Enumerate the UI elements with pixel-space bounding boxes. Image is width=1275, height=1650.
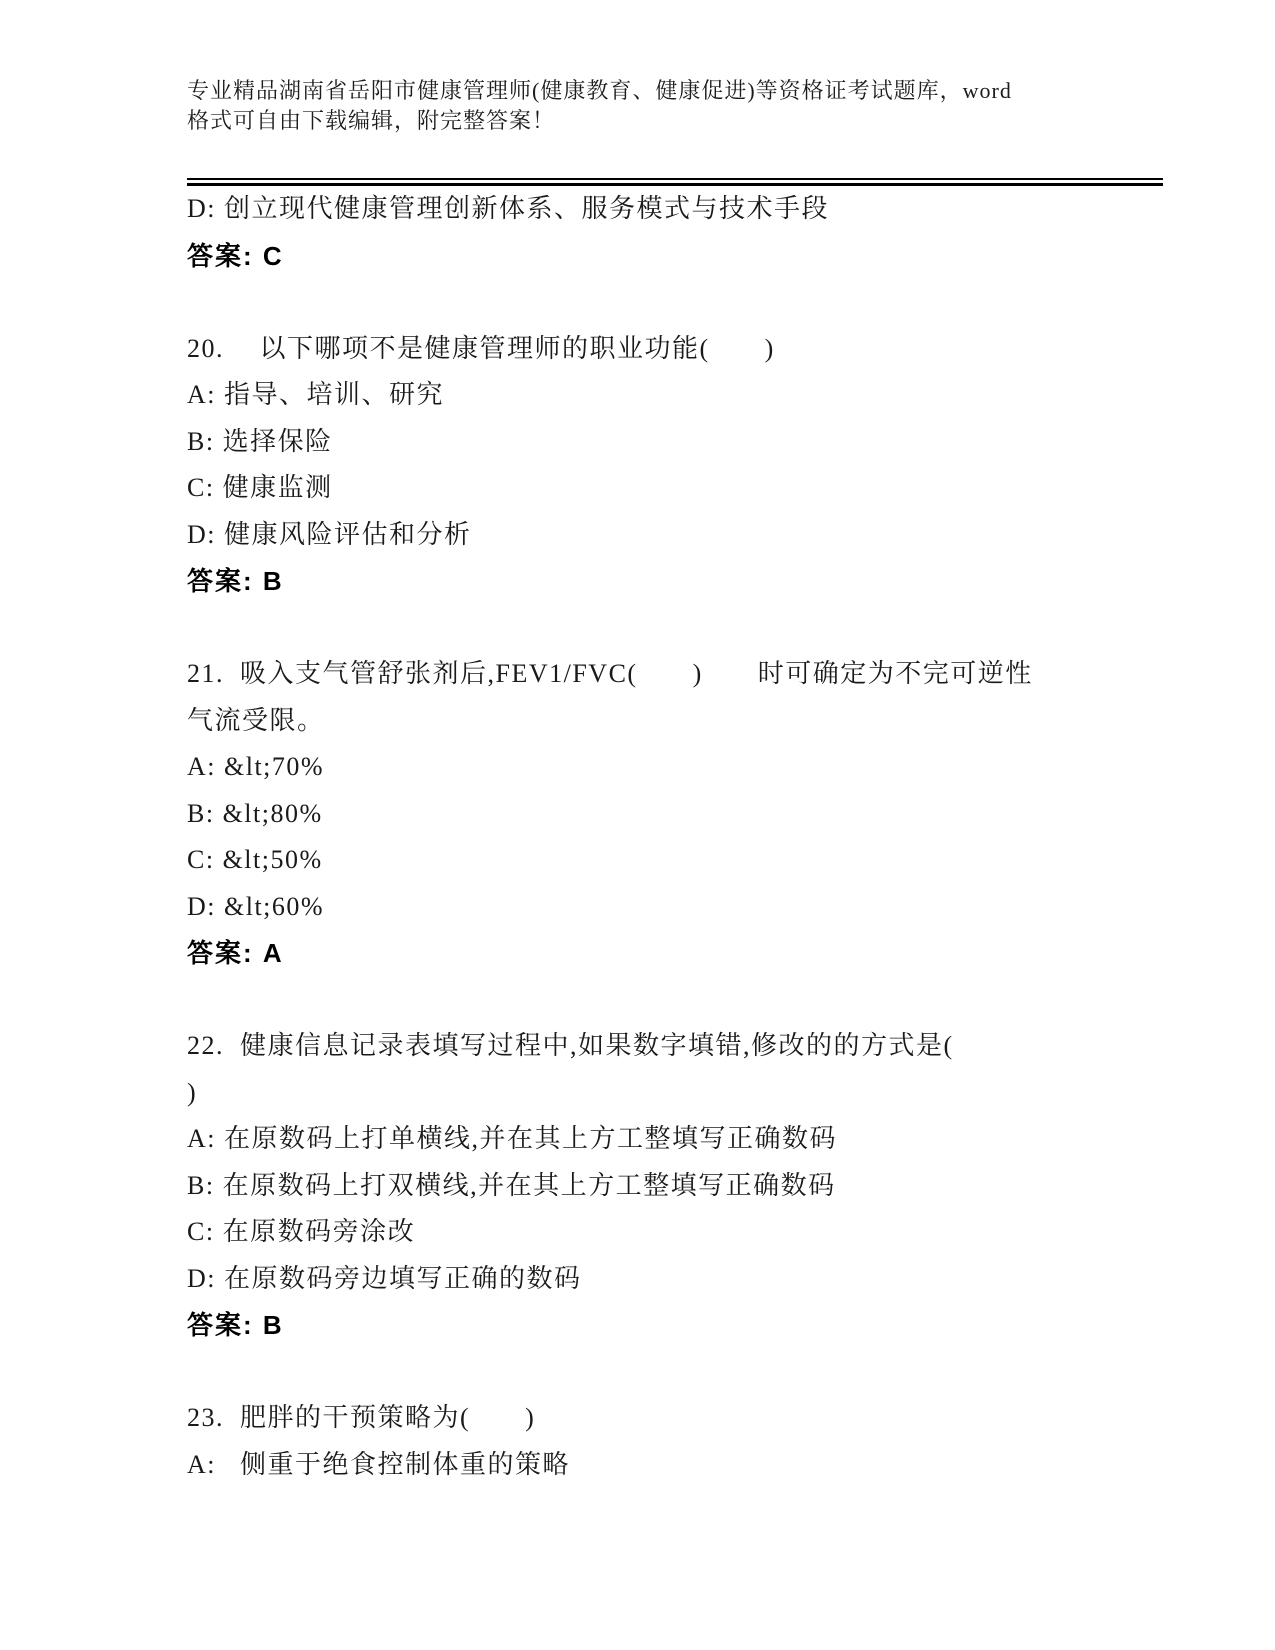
- question-19-option-d: D: 创立现代健康管理创新体系、服务模式与技术手段: [187, 186, 1175, 233]
- question-23-title: 23. 肥胖的干预策略为( ): [187, 1395, 1175, 1442]
- header-line-1: 专业精品湖南省岳阳市健康管理师(健康教育、健康促进)等资格证考试题库，word: [187, 76, 1163, 106]
- question-20-option-d: D: 健康风险评估和分析: [187, 512, 1175, 559]
- question-20-answer: 答案: B: [187, 558, 1175, 605]
- document-page: 专业精品湖南省岳阳市健康管理师(健康教育、健康促进)等资格证考试题库，word …: [0, 0, 1275, 1650]
- question-21-option-c: C: &lt;50%: [187, 837, 1175, 884]
- question-22-option-b: B: 在原数码上打双横线,并在其上方工整填写正确数码: [187, 1163, 1175, 1210]
- question-21-title-line-1: 21. 吸入支气管舒张剂后,FEV1/FVC( ) 时可确定为不完可逆性: [187, 651, 1175, 698]
- question-21-title-line-2: 气流受限。: [187, 698, 1175, 745]
- blank-line: [187, 977, 1175, 1024]
- blank-line: [187, 605, 1175, 652]
- question-20-title: 20. 以下哪项不是健康管理师的职业功能( ): [187, 326, 1175, 373]
- question-22-option-d: D: 在原数码旁边填写正确的数码: [187, 1256, 1175, 1303]
- question-21-option-b: B: &lt;80%: [187, 791, 1175, 838]
- question-22-answer: 答案: B: [187, 1302, 1175, 1349]
- document-body: D: 创立现代健康管理创新体系、服务模式与技术手段 答案: C 20. 以下哪项…: [187, 186, 1175, 1488]
- question-22-title-line-1: 22. 健康信息记录表填写过程中,如果数字填错,修改的的方式是(: [187, 1023, 1175, 1070]
- question-19-answer: 答案: C: [187, 233, 1175, 280]
- question-22-option-a: A: 在原数码上打单横线,并在其上方工整填写正确数码: [187, 1116, 1175, 1163]
- blank-line: [187, 279, 1175, 326]
- question-21-option-d: D: &lt;60%: [187, 884, 1175, 931]
- question-22-option-c: C: 在原数码旁涂改: [187, 1209, 1175, 1256]
- question-20-option-b: B: 选择保险: [187, 419, 1175, 466]
- question-23-option-a: A: 侧重于绝食控制体重的策略: [187, 1442, 1175, 1489]
- question-20-option-a: A: 指导、培训、研究: [187, 372, 1175, 419]
- question-21-answer: 答案: A: [187, 930, 1175, 977]
- header-line-2: 格式可自由下载编辑，附完整答案！: [187, 106, 1163, 136]
- header-double-rule: [187, 178, 1163, 186]
- question-21-option-a: A: &lt;70%: [187, 744, 1175, 791]
- blank-line: [187, 1349, 1175, 1396]
- page-header: 专业精品湖南省岳阳市健康管理师(健康教育、健康促进)等资格证考试题库，word …: [187, 76, 1163, 136]
- question-22-title-line-2: ): [187, 1070, 1175, 1117]
- question-20-option-c: C: 健康监测: [187, 465, 1175, 512]
